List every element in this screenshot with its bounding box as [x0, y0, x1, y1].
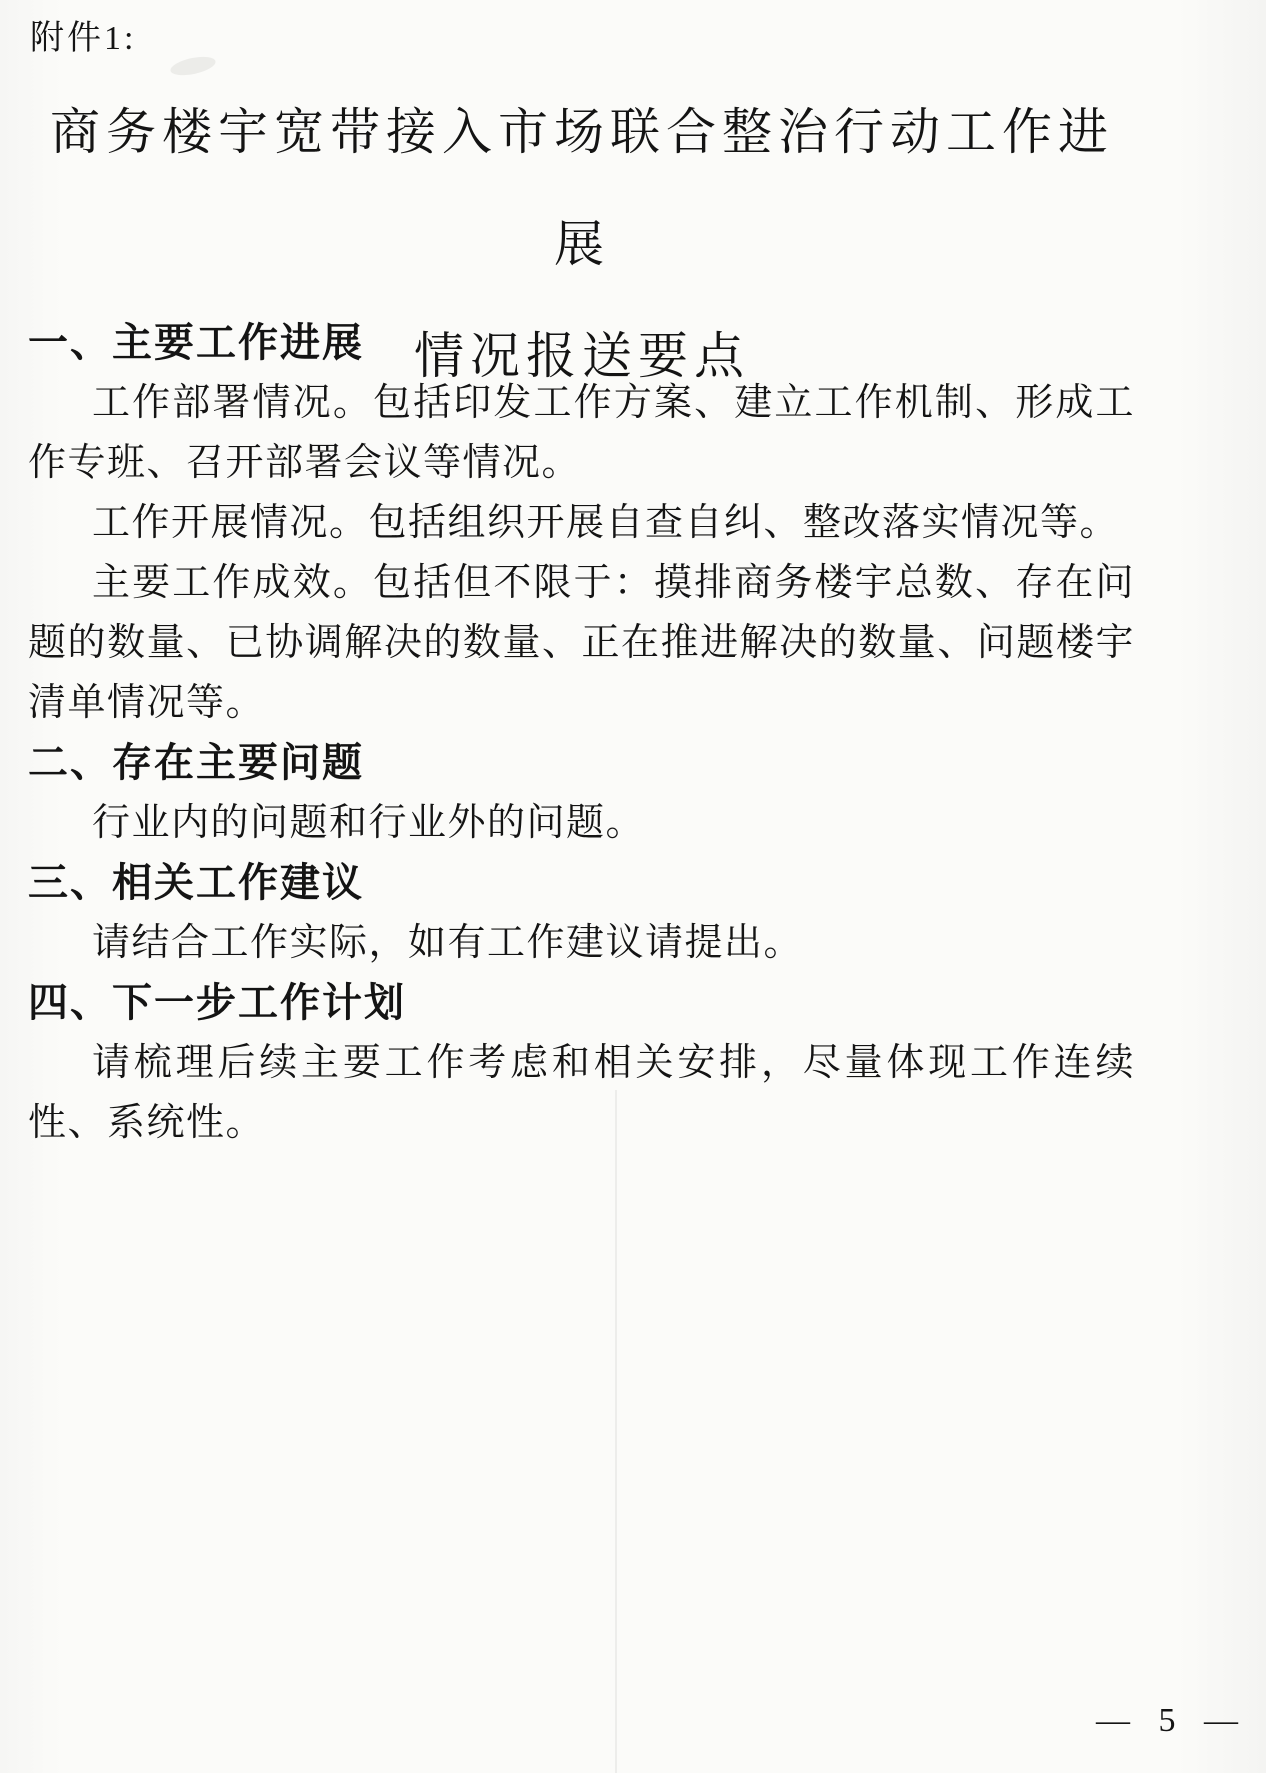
section-1-paragraph-2: 工作开展情况。包括组织开展自查自纠、整改落实情况等。 — [28, 493, 1135, 553]
section-1-paragraph-3: 主要工作成效。包括但不限于：摸排商务楼宇总数、存在问题的数量、已协调解决的数量、… — [28, 553, 1135, 733]
scan-artifact — [169, 53, 217, 78]
scanned-document-page: 附件1: 商务楼宇宽带接入市场联合整治行动工作进展 情况报送要点 一、主要工作进… — [0, 0, 1266, 1773]
section-heading-2: 二、存在主要问题 — [28, 733, 1135, 793]
section-heading-4: 四、下一步工作计划 — [28, 973, 1135, 1033]
section-2-paragraph-1: 行业内的问题和行业外的问题。 — [28, 793, 1135, 853]
page-number: — 5 — — [1096, 1702, 1248, 1740]
attachment-label: 附件1: — [30, 16, 136, 62]
section-3-paragraph-1: 请结合工作实际，如有工作建议请提出。 — [28, 913, 1135, 973]
section-4-paragraph-1: 请梳理后续主要工作考虑和相关安排，尽量体现工作连续性、系统性。 — [28, 1033, 1135, 1153]
section-heading-1: 一、主要工作进展 — [28, 313, 1135, 373]
section-heading-3: 三、相关工作建议 — [28, 853, 1135, 913]
title-line-1: 商务楼宇宽带接入市场联合整治行动工作进展 — [28, 76, 1136, 300]
document-body: 一、主要工作进展 工作部署情况。包括印发工作方案、建立工作机制、形成工作专班、召… — [28, 313, 1135, 1153]
scan-crease — [615, 1090, 617, 1773]
section-1-paragraph-1: 工作部署情况。包括印发工作方案、建立工作机制、形成工作专班、召开部署会议等情况。 — [28, 373, 1135, 493]
